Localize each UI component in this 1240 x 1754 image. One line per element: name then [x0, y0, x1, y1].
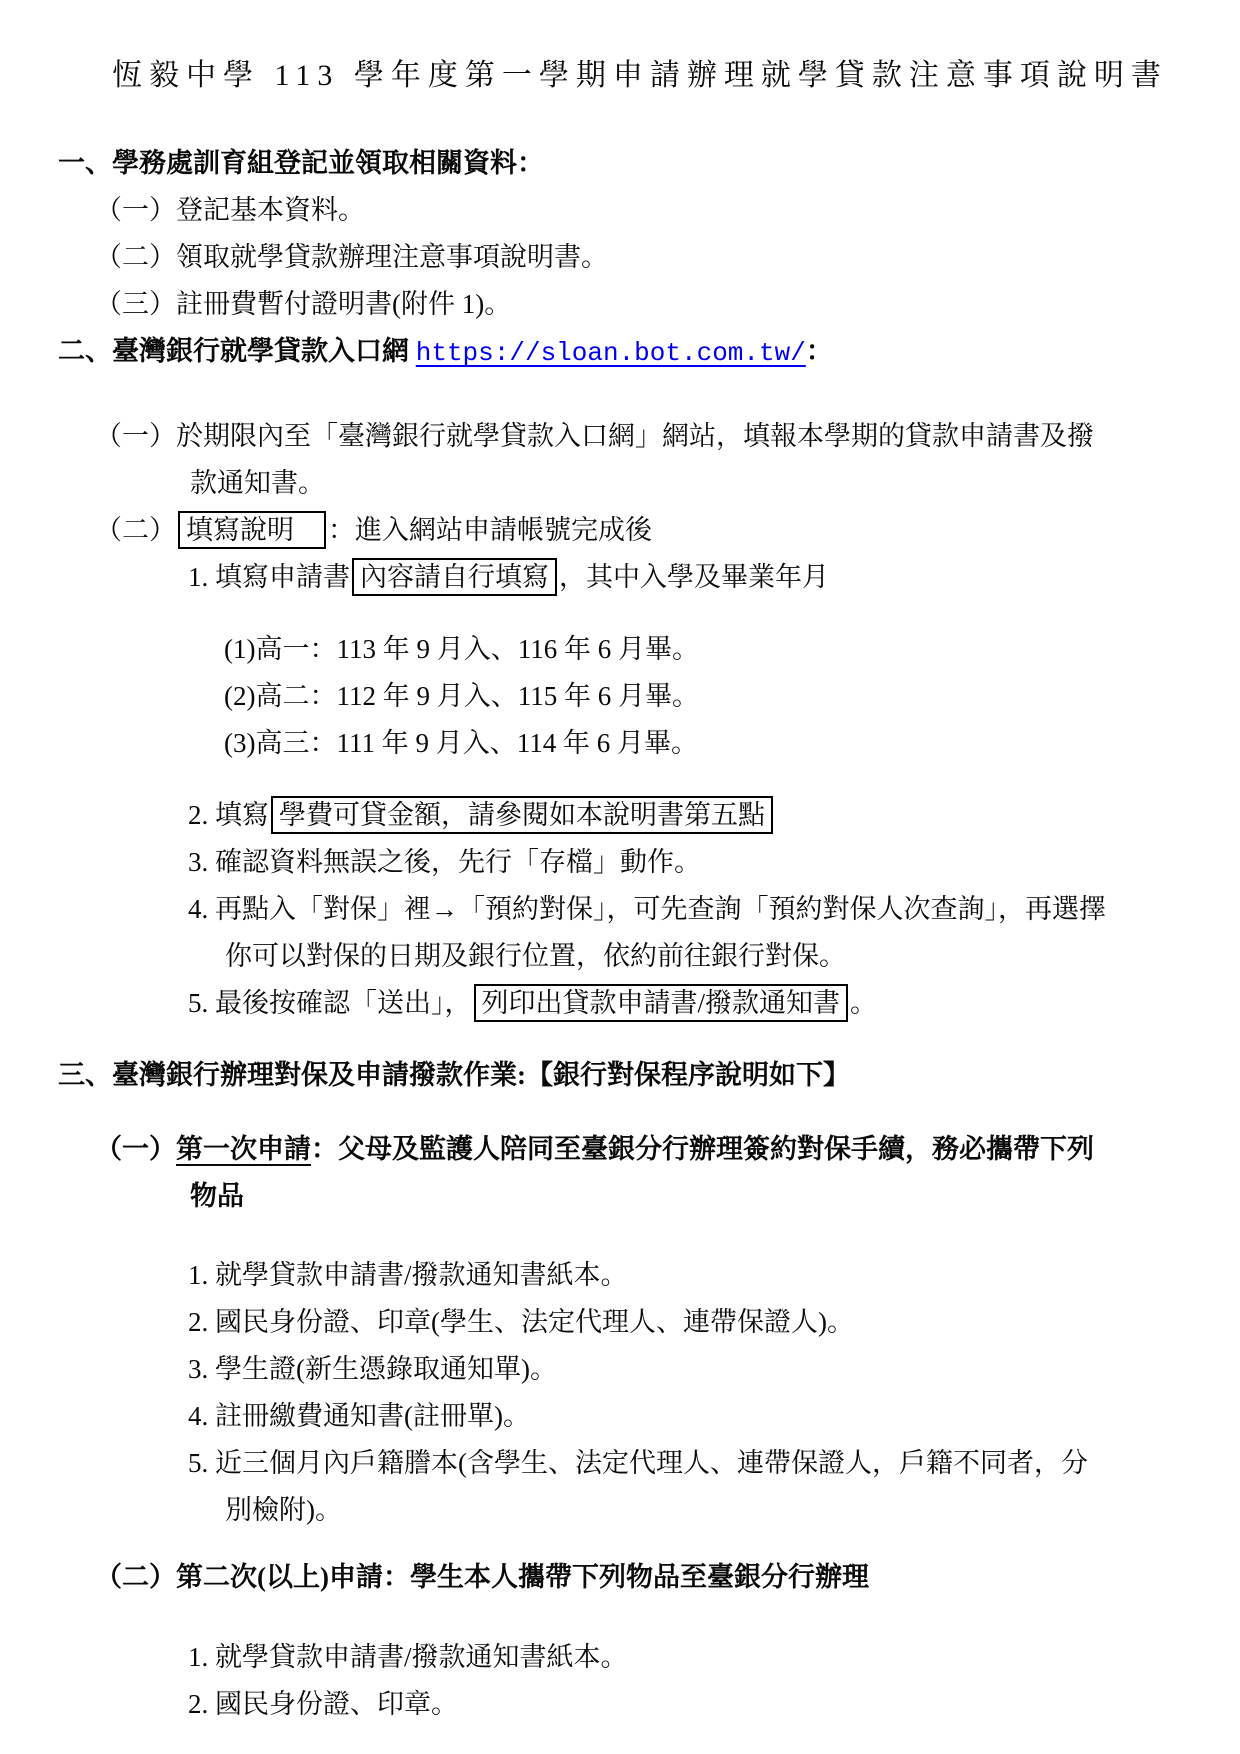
heading-text: ：父母及監護人陪同至臺銀分行辦理簽約對保手續，務必攜帶下列	[311, 1134, 1094, 1164]
section-3-heading: 三、臺灣銀行辦理對保及申請撥款作業:【銀行對保程序說明如下】	[58, 1052, 1240, 1099]
second-required-item-1: 1. 就學貸款申請書/撥款通知書紙本。	[188, 1634, 1240, 1681]
sloan-portal-link[interactable]: https://sloan.bot.com.tw/	[416, 338, 806, 368]
boxed-text-self-fill: 內容請自行填寫	[352, 558, 557, 596]
required-item-4: 4. 註冊繳費通知書(註冊單)。	[188, 1393, 1240, 1440]
list-item-2-1-line1: （一）於期限內至「臺灣銀行就學貸款入口網」網站，填報本學期的貸款申請書及撥	[95, 413, 1240, 460]
step-text: 1. 填寫申請書	[188, 562, 350, 592]
step-1: 1. 填寫申請書內容請自行填寫，其中入學及畢業年月	[188, 554, 1240, 601]
item-text: ：進入網站申請帳號完成後	[328, 515, 652, 545]
section-2-heading-colon: ：	[806, 336, 833, 366]
document-page: 恆毅中學 113 學年度第一學期申請辦理就學貸款注意事項說明書 一、學務處訓育組…	[0, 0, 1240, 1754]
section-1-heading: 一、學務處訓育組登記並領取相關資料：	[58, 140, 1240, 187]
step-3: 3. 確認資料無誤之後，先行「存檔」動作。	[188, 839, 1240, 886]
second-required-item-2: 2. 國民身份證、印章。	[188, 1681, 1240, 1728]
step-text: 2. 填寫	[188, 800, 269, 830]
first-application-underlined: 第一次申請	[176, 1134, 311, 1164]
step-4-line2: 你可以對保的日期及銀行位置，依約前往銀行對保。	[225, 933, 1240, 980]
required-item-5-line2: 別檢附)。	[225, 1487, 1240, 1534]
list-item-2-2: （二）填寫說明：進入網站申請帳號完成後	[95, 507, 1240, 554]
grade-1-dates: (1)高一：113 年 9 月入、116 年 6 月畢。	[224, 626, 1240, 673]
boxed-text-fill-instructions: 填寫說明	[178, 511, 326, 549]
step-text: 。	[850, 988, 877, 1018]
step-text: ，其中入學及畢業年月	[559, 562, 829, 592]
required-item-2: 2. 國民身份證、印章(學生、法定代理人、連帶保證人)。	[188, 1299, 1240, 1346]
item-marker: （一）	[95, 1134, 176, 1164]
section-2-heading: 二、臺灣銀行就學貸款入口網 https://sloan.bot.com.tw/：	[58, 328, 1240, 377]
list-item-1-1: （一）登記基本資料。	[95, 187, 1240, 234]
step-5: 5. 最後按確認「送出」，列印出貸款申請書/撥款通知書。	[188, 980, 1240, 1027]
grade-2-dates: (2)高二：112 年 9 月入、115 年 6 月畢。	[224, 673, 1240, 720]
list-item-1-3: （三）註冊費暫付證明書(附件 1)。	[95, 281, 1240, 328]
required-item-5-line1: 5. 近三個月內戶籍謄本(含學生、法定代理人、連帶保證人，戶籍不同者，分	[188, 1440, 1240, 1487]
boxed-text-loan-amount: 學費可貸金額，請參閱如本說明書第五點	[271, 796, 773, 834]
item-marker: （二）	[95, 515, 176, 545]
first-application-heading: （一）第一次申請：父母及監護人陪同至臺銀分行辦理簽約對保手續，務必攜帶下列	[95, 1126, 1240, 1173]
section-2-heading-text: 二、臺灣銀行就學貸款入口網	[58, 336, 416, 366]
step-2: 2. 填寫學費可貸金額，請參閱如本說明書第五點	[188, 792, 1240, 839]
list-item-2-1-line2: 款通知書。	[190, 460, 1240, 507]
page-title: 恆毅中學 113 學年度第一學期申請辦理就學貸款注意事項說明書	[112, 56, 1240, 96]
list-item-1-2: （二）領取就學貸款辦理注意事項說明書。	[95, 234, 1240, 281]
step-text: 5. 最後按確認「送出」，	[188, 988, 472, 1018]
step-4-line1: 4. 再點入「對保」裡→「預約對保」，可先查詢「預約對保人次查詢」，再選擇	[188, 886, 1240, 933]
required-item-3: 3. 學生證(新生憑錄取通知單)。	[188, 1346, 1240, 1393]
second-application-heading: （二）第二次(以上)申請：學生本人攜帶下列物品至臺銀分行辦理	[95, 1554, 1240, 1601]
first-application-heading-line2: 物品	[190, 1173, 1240, 1220]
grade-3-dates: (3)高三：111 年 9 月入、114 年 6 月畢。	[224, 720, 1240, 767]
boxed-text-print-documents: 列印出貸款申請書/撥款通知書	[474, 984, 849, 1022]
required-item-1: 1. 就學貸款申請書/撥款通知書紙本。	[188, 1252, 1240, 1299]
